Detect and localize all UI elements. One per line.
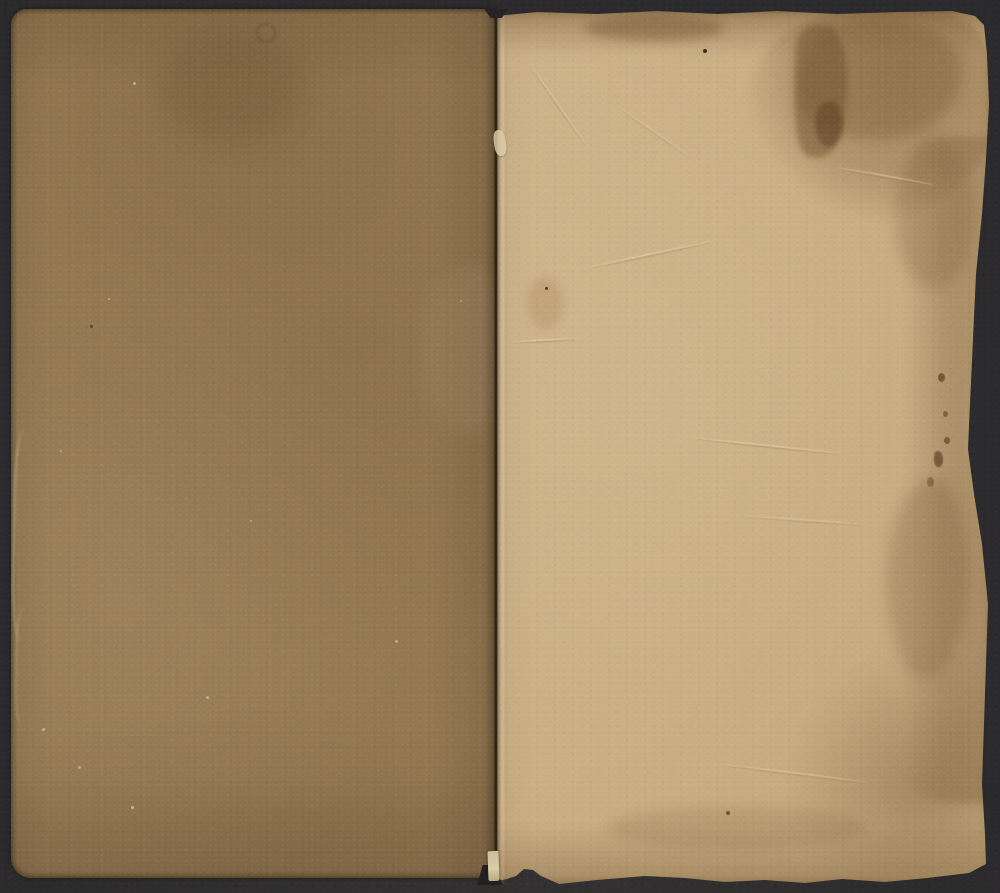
left-cover-page xyxy=(11,9,497,878)
book-scan: Scanned spread of an old book lying on a… xyxy=(0,0,1000,893)
flyleaf-edge-shadow xyxy=(497,9,993,885)
binding-thread-sliver xyxy=(487,851,499,881)
right-flyleaf-page xyxy=(497,9,993,885)
cover-paper-texture xyxy=(11,9,497,878)
